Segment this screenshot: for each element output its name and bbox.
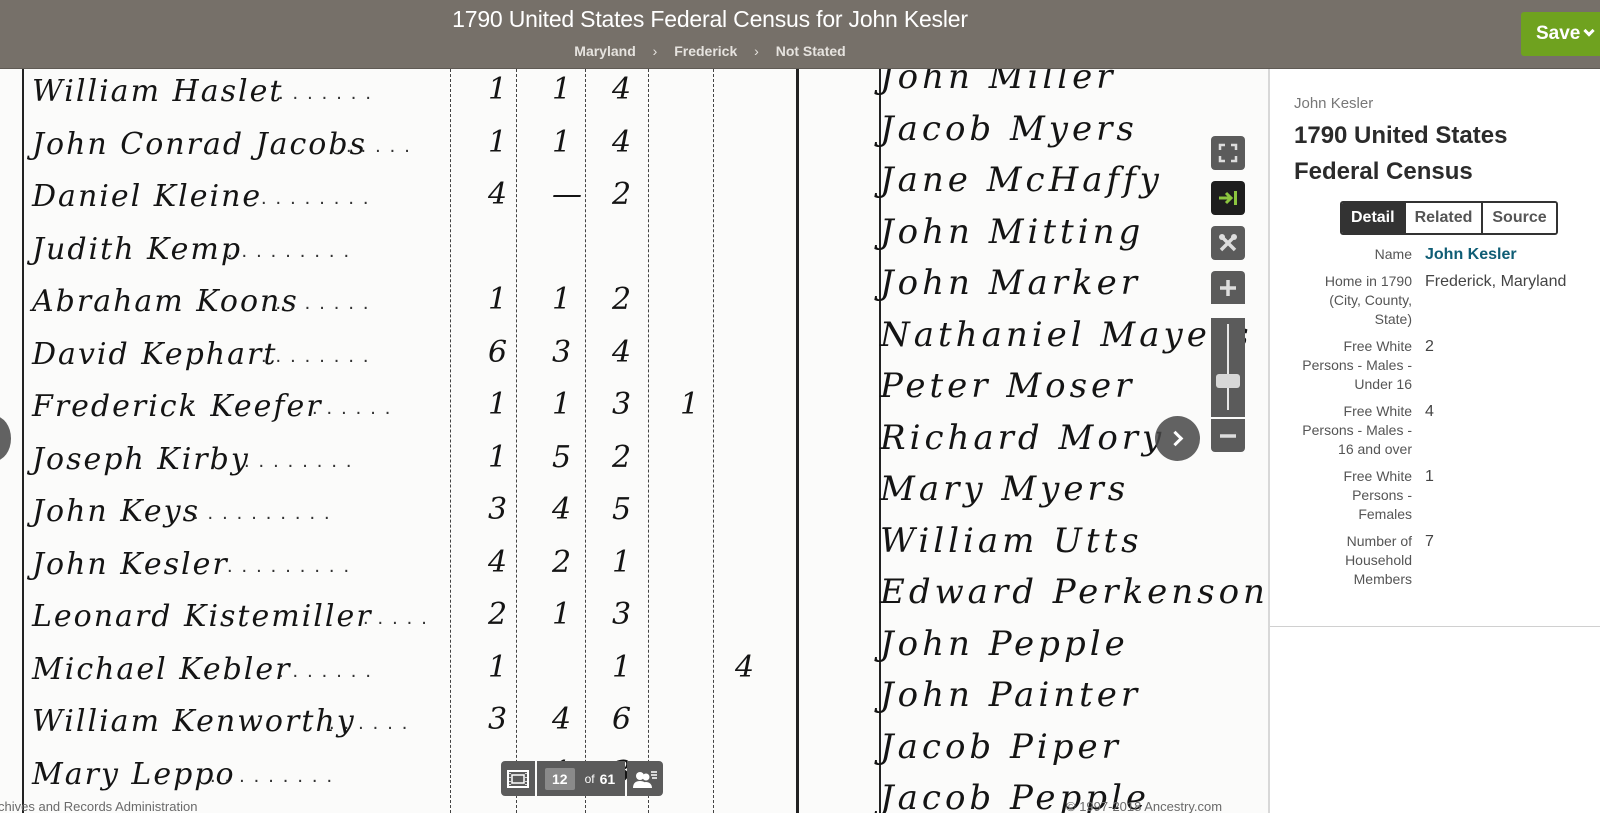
census-entry-name: Mary Myers [880, 469, 1129, 509]
panel-divider [1270, 626, 1600, 627]
census-entry-count: 3 [552, 335, 571, 370]
tools-button[interactable] [1211, 226, 1245, 260]
census-entry-count: 1 [552, 125, 571, 160]
fact-value: 1 [1425, 467, 1434, 524]
census-entry-name: Daniel Kleine [32, 179, 262, 214]
census-entry-name: David Kephart [32, 337, 277, 372]
census-entry-count: 1 [552, 597, 571, 632]
breadcrumb-maryland[interactable]: Maryland [574, 43, 635, 59]
fullscreen-button[interactable] [1211, 136, 1245, 170]
census-entry-name: Nathaniel Mayers [880, 315, 1253, 355]
census-entry-name: Leonard Kistemiller [32, 599, 373, 634]
census-entry-name: Judith Kemp [32, 232, 242, 267]
census-entry-count: 4 [552, 702, 571, 737]
plus-icon [1218, 278, 1238, 298]
census-entry-count: 1 [680, 387, 699, 422]
leader-dots: ......... [210, 765, 341, 788]
breadcrumb-not-stated[interactable]: Not Stated [776, 43, 846, 59]
leader-dots: ........ [244, 450, 360, 473]
toggle-panel-button[interactable] [1211, 181, 1245, 215]
census-entry-name: Peter Moser [880, 366, 1135, 406]
chevron-down-icon [1584, 25, 1595, 36]
census-entry-count: 1 [488, 125, 507, 160]
census-entry-count: 1 [488, 650, 507, 685]
column-line [648, 69, 649, 813]
census-entry-name: William Utts [880, 521, 1143, 561]
census-entry-name: John Keys [32, 494, 200, 529]
detail-tabs: Detail Related Source [1340, 201, 1558, 235]
census-entry-name: Richard Mory [880, 418, 1165, 458]
zoom-slider[interactable] [1211, 318, 1245, 417]
minus-icon [1218, 426, 1238, 446]
census-entry-name: Frederick Keefer [32, 389, 323, 424]
fact-label: Free White Persons - Males - Under 16 [1270, 337, 1412, 394]
filmstrip-icon [507, 770, 529, 788]
breadcrumb-frederick[interactable]: Frederick [674, 43, 737, 59]
census-entry-name: Michael Kebler [32, 652, 291, 687]
census-entry-count: 1 [552, 72, 571, 107]
tab-related[interactable]: Related [1404, 203, 1482, 233]
filmstrip-button[interactable] [501, 761, 535, 796]
breadcrumb-separator: › [653, 43, 658, 59]
census-entry-count: 5 [552, 440, 571, 475]
tab-source[interactable]: Source [1481, 203, 1555, 233]
census-entry-count: 3 [612, 387, 631, 422]
archive-watermark: chives and Records Administration [0, 799, 197, 813]
record-image-viewer[interactable]: William Haslet.......114John Conrad Jaco… [0, 69, 1268, 813]
leader-dots: ......... [227, 555, 358, 578]
census-entry-count: 1 [552, 282, 571, 317]
census-entry-count: — [552, 177, 582, 212]
fullscreen-icon [1218, 143, 1238, 163]
page-header: 1790 United States Federal Census for Jo… [0, 0, 1600, 69]
leader-dots: ..... [363, 607, 436, 630]
census-entry-count: 6 [488, 335, 507, 370]
census-entry-count: 1 [488, 387, 507, 422]
leader-dots: ...... [312, 397, 399, 420]
page-gutter-line [796, 69, 799, 813]
census-entry-count: 1 [488, 282, 507, 317]
fact-value: 2 [1425, 337, 1434, 394]
census-entry-count: 2 [612, 177, 631, 212]
page-counter: 12 of 61 [537, 761, 625, 796]
census-entry-name: William Kenworthy [32, 704, 356, 739]
leader-dots: ......... [227, 240, 358, 263]
census-entry-count: 6 [612, 702, 631, 737]
census-entry-count: 3 [488, 492, 507, 527]
fact-row-name: Name John Kesler [1270, 245, 1600, 264]
of-label: of [585, 772, 595, 786]
image-pager: 12 of 61 [501, 761, 663, 796]
census-entry-count: 4 [488, 545, 507, 580]
fact-row-males-under-16: Free White Persons - Males - Under 16 2 [1270, 337, 1600, 394]
census-entry-count: 1 [488, 72, 507, 107]
previous-image-button[interactable] [0, 416, 11, 461]
census-entry-count: 4 [552, 492, 571, 527]
next-image-button[interactable] [1155, 416, 1200, 461]
fact-row-household-members: Number of Household Members 7 [1270, 532, 1600, 589]
census-entry-count: 5 [612, 492, 631, 527]
zoom-slider-handle[interactable] [1216, 374, 1240, 388]
tools-icon [1218, 233, 1238, 253]
census-entry-count: 1 [552, 387, 571, 422]
census-entry-count: 4 [735, 650, 754, 685]
column-line [585, 69, 586, 813]
tab-detail[interactable]: Detail [1342, 203, 1404, 233]
person-name-link[interactable]: John Kesler [1425, 245, 1517, 264]
census-entry-count: 1 [612, 545, 631, 580]
leader-dots: ..... [346, 135, 419, 158]
census-entry-count: 4 [612, 335, 631, 370]
census-entry-name: Edward Perkenson [880, 572, 1268, 612]
page-title: 1790 United States Federal Census for Jo… [0, 6, 1420, 33]
census-entry-name: Mary Leppo [32, 757, 236, 792]
save-label: Save [1536, 23, 1580, 44]
people-list-icon [632, 769, 658, 789]
leader-dots: ........ [261, 345, 377, 368]
census-entry-name: John Conrad Jacobs [32, 127, 367, 162]
fact-list: Name John Kesler Home in 1790 (City, Cou… [1270, 245, 1600, 597]
fact-value: 4 [1425, 402, 1434, 459]
arrow-to-line-icon [1217, 190, 1239, 206]
census-entry-name: John Kesler [32, 547, 229, 582]
index-button[interactable] [627, 761, 663, 796]
person-name: John Kesler [1294, 95, 1373, 112]
save-button[interactable]: Save [1521, 12, 1600, 56]
census-entry-name: Jacob Piper [880, 727, 1122, 767]
fact-value: Frederick, Maryland [1425, 272, 1566, 329]
leader-dots: ...... [329, 712, 416, 735]
record-title: 1790 United States Federal Census [1294, 118, 1594, 190]
zoom-in-button[interactable] [1211, 271, 1245, 304]
current-page-input[interactable]: 12 [545, 768, 575, 790]
census-entry-count: 4 [488, 177, 507, 212]
fact-label: Home in 1790 (City, County, State) [1270, 272, 1412, 329]
census-entry-count: 1 [488, 440, 507, 475]
census-entry-count: 3 [488, 702, 507, 737]
leader-dots: ....... [278, 82, 380, 105]
census-entry-name: John Painter [880, 675, 1141, 715]
copyright-watermark: © 1997-2018 Ancestry.com [1066, 799, 1222, 813]
record-detail-panel: John Kesler 1790 United States Federal C… [1268, 69, 1600, 813]
breadcrumb: Maryland › Frederick › Not Stated [0, 43, 1420, 59]
census-entry-name: Jane McHaffy [880, 160, 1163, 200]
column-line [713, 69, 714, 813]
column-line [450, 69, 451, 813]
census-entry-name: John Mitting [880, 212, 1144, 252]
census-entry-name: Joseph Kirby [32, 442, 250, 477]
census-entry-name: John Marker [880, 263, 1141, 303]
fact-label: Name [1270, 245, 1412, 264]
census-entry-name: John Miller [880, 69, 1117, 97]
census-entry-count: 4 [612, 125, 631, 160]
zoom-out-button[interactable] [1211, 419, 1245, 452]
breadcrumb-separator: › [754, 43, 759, 59]
page-margin-line [22, 69, 24, 813]
fact-label: Number of Household Members [1270, 532, 1412, 589]
zoom-slider-track [1227, 324, 1229, 410]
fact-row-females: Free White Persons - Females 1 [1270, 467, 1600, 524]
fact-label: Free White Persons - Males - 16 and over [1270, 402, 1412, 459]
census-entry-count: 2 [488, 597, 507, 632]
census-entry-count: 3 [612, 597, 631, 632]
leader-dots: ....... [278, 660, 380, 683]
census-entry-name: William Haslet [32, 74, 283, 109]
fact-row-home: Home in 1790 (City, County, State) Frede… [1270, 272, 1600, 329]
fact-label: Free White Persons - Females [1270, 467, 1412, 524]
census-entry-count: 2 [552, 545, 571, 580]
census-entry-name: Abraham Koons [32, 284, 299, 319]
fact-value: 7 [1425, 532, 1434, 589]
census-entry-name: Jacob Myers [880, 109, 1138, 149]
census-entry-count: 2 [612, 440, 631, 475]
leader-dots: ........ [261, 292, 377, 315]
census-entry-count: 1 [612, 650, 631, 685]
census-entry-count: 4 [612, 72, 631, 107]
fact-row-males-16-and-over: Free White Persons - Males - 16 and over… [1270, 402, 1600, 459]
census-entry-count: 2 [612, 282, 631, 317]
leader-dots: .......... [193, 502, 339, 525]
leader-dots: ........ [261, 187, 377, 210]
column-line [516, 69, 517, 813]
total-pages: 61 [600, 771, 616, 787]
census-entry-name: John Pepple [880, 624, 1129, 664]
